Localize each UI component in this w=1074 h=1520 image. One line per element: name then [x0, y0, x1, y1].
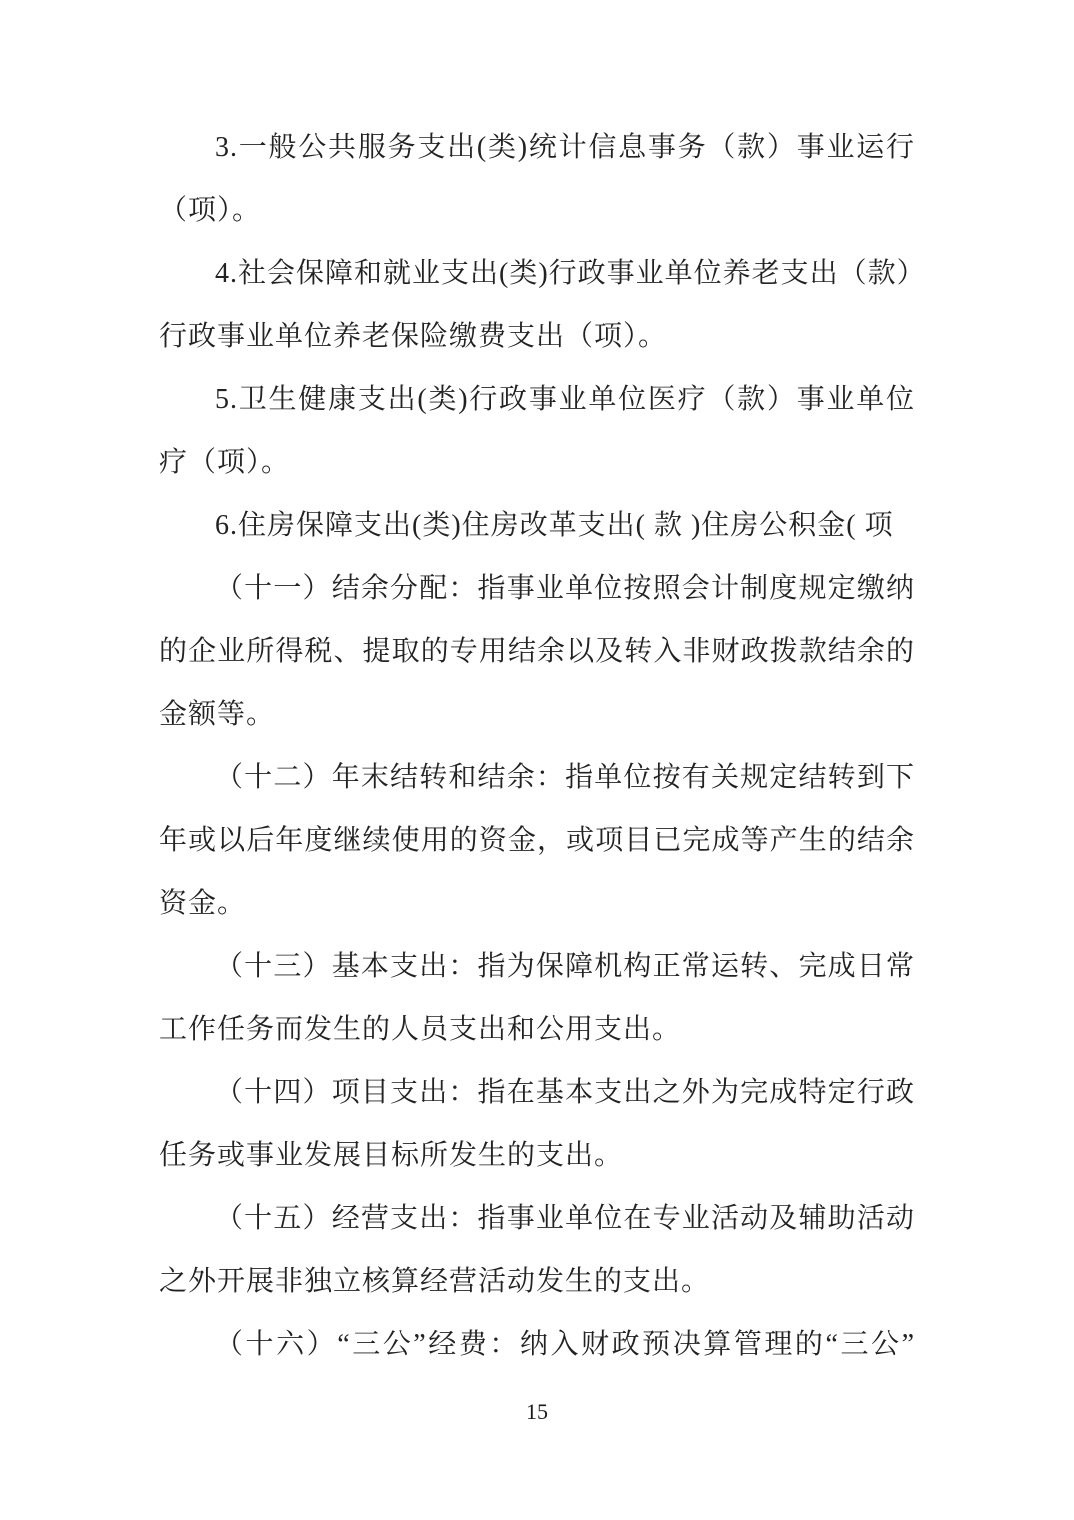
paragraph: 6.住房保障支出(类)住房改革支出( 款 )住房公积金( 项 )。: [159, 494, 915, 557]
text-line: 疗（项）。: [159, 431, 915, 494]
text-line: （十六）“三公”经费：纳入财政预决算管理的“三公”: [159, 1313, 915, 1376]
page-number: 15: [0, 1395, 1074, 1429]
paragraph: （十五）经营支出：指事业单位在专业活动及辅助活动 之外开展非独立核算经营活动发生…: [159, 1187, 915, 1313]
text-line: （十五）经营支出：指事业单位在专业活动及辅助活动: [159, 1187, 915, 1250]
paragraph: （十六）“三公”经费：纳入财政预决算管理的“三公”: [159, 1313, 915, 1376]
paragraph: （十三）基本支出：指为保障机构正常运转、完成日常 工作任务而发生的人员支出和公用…: [159, 935, 915, 1061]
text-line: （十二）年末结转和结余：指单位按有关规定结转到下: [159, 746, 915, 809]
text-line: 之外开展非独立核算经营活动发生的支出。: [159, 1250, 915, 1313]
text-line: 工作任务而发生的人员支出和公用支出。: [159, 998, 915, 1061]
text-line: （十一）结余分配：指事业单位按照会计制度规定缴纳: [159, 557, 915, 620]
paragraph: （十一）结余分配：指事业单位按照会计制度规定缴纳 的企业所得税、提取的专用结余以…: [159, 557, 915, 746]
text-line: （十四）项目支出：指在基本支出之外为完成特定行政: [159, 1061, 915, 1124]
text-line: 6.住房保障支出(类)住房改革支出( 款 )住房公积金( 项 )。: [159, 494, 915, 557]
text-line: 5.卫生健康支出(类)行政事业单位医疗（款）事业单位医: [159, 368, 915, 431]
paragraph: 3.一般公共服务支出(类)统计信息事务（款）事业运行 （项）。: [159, 116, 915, 242]
text-line: 3.一般公共服务支出(类)统计信息事务（款）事业运行: [159, 116, 915, 179]
paragraph: （十四）项目支出：指在基本支出之外为完成特定行政 任务或事业发展目标所发生的支出…: [159, 1061, 915, 1187]
paragraph: 4.社会保障和就业支出(类)行政事业单位养老支出（款） 行政事业单位养老保险缴费…: [159, 242, 915, 368]
text-line: 行政事业单位养老保险缴费支出（项）。: [159, 305, 915, 368]
paragraph: 5.卫生健康支出(类)行政事业单位医疗（款）事业单位医 疗（项）。: [159, 368, 915, 494]
text-line: （十三）基本支出：指为保障机构正常运转、完成日常: [159, 935, 915, 998]
text-line: （项）。: [159, 179, 915, 242]
text-line: 的企业所得税、提取的专用结余以及转入非财政拨款结余的: [159, 620, 915, 683]
text-line: 资金。: [159, 872, 915, 935]
document-page: 3.一般公共服务支出(类)统计信息事务（款）事业运行 （项）。 4.社会保障和就…: [0, 0, 1074, 1520]
text-line: 4.社会保障和就业支出(类)行政事业单位养老支出（款）: [159, 242, 915, 305]
text-line: 金额等。: [159, 683, 915, 746]
text-line: 任务或事业发展目标所发生的支出。: [159, 1124, 915, 1187]
document-body: 3.一般公共服务支出(类)统计信息事务（款）事业运行 （项）。 4.社会保障和就…: [159, 116, 915, 1376]
text-line: 年或以后年度继续使用的资金，或项目已完成等产生的结余: [159, 809, 915, 872]
paragraph: （十二）年末结转和结余：指单位按有关规定结转到下 年或以后年度继续使用的资金，或…: [159, 746, 915, 935]
